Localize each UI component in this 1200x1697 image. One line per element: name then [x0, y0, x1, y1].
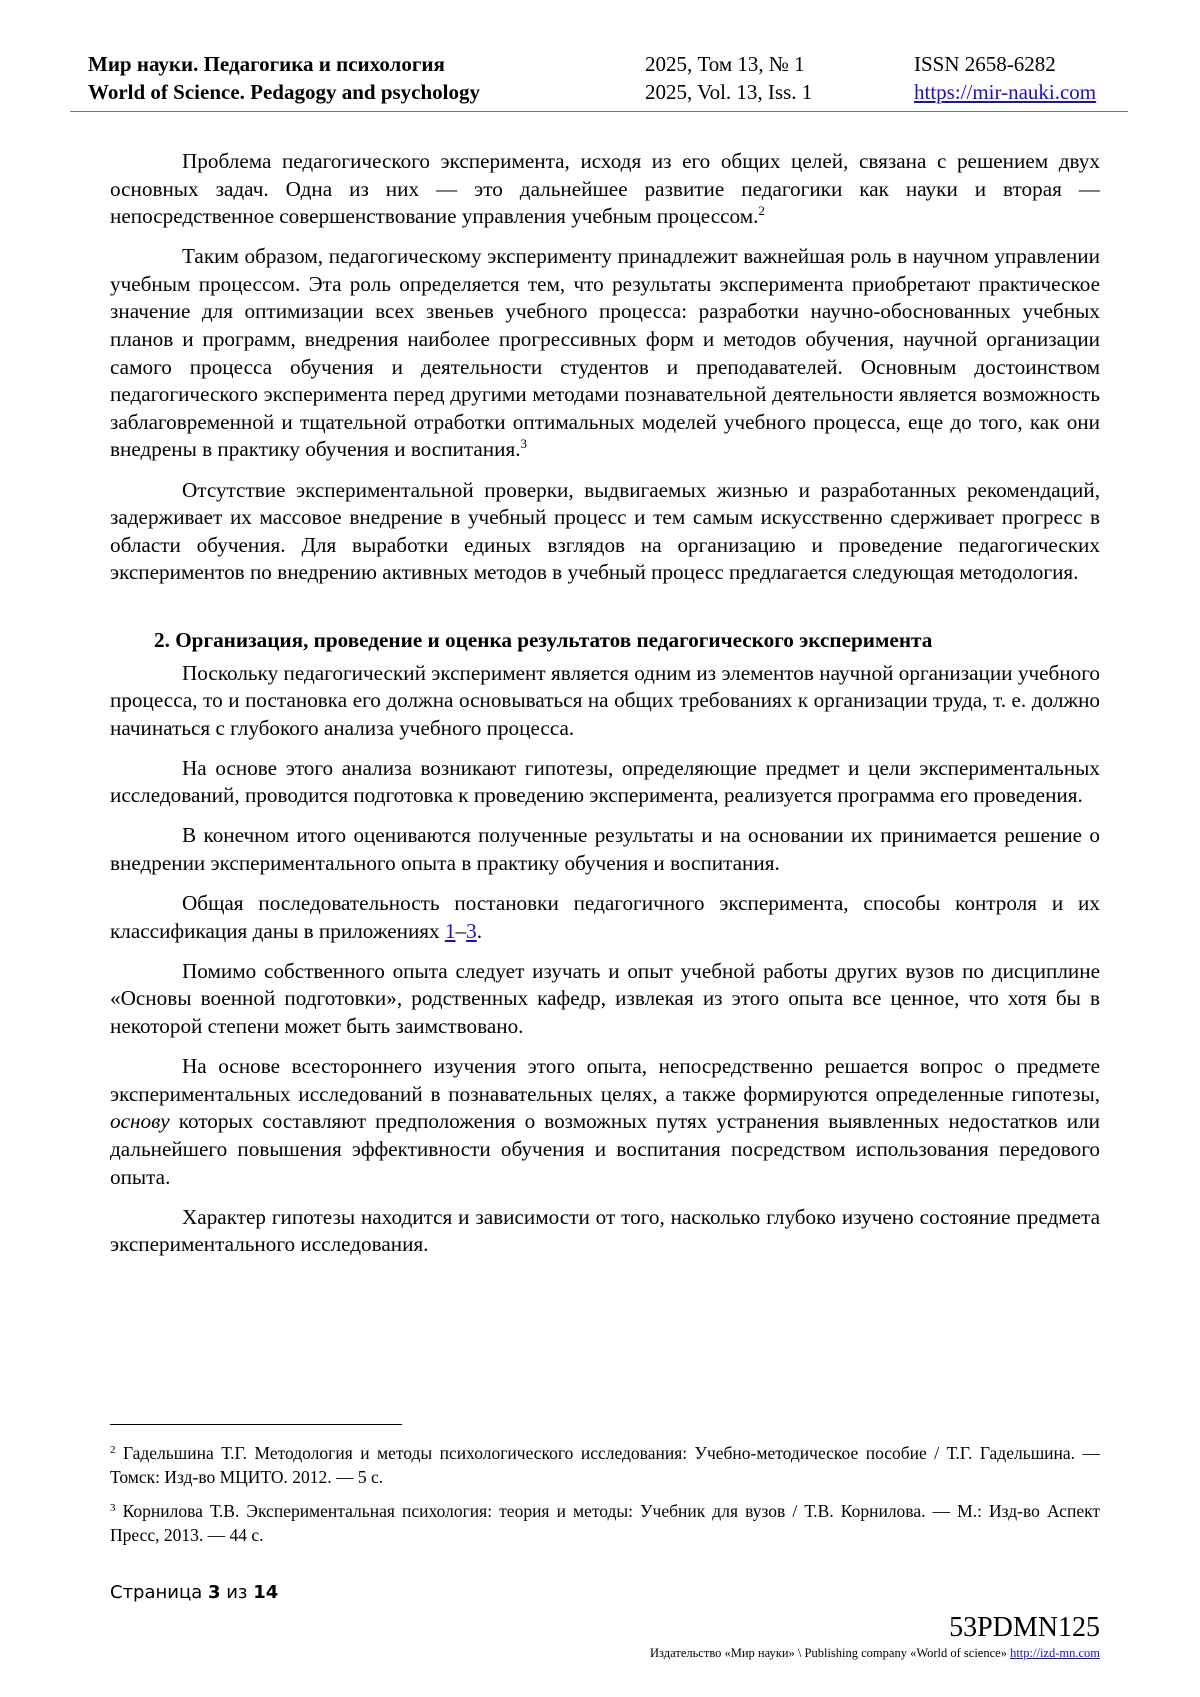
paragraph: На основе этого анализа возникают гипоте… — [110, 755, 1100, 810]
appendix-link-1[interactable]: 1 — [445, 919, 456, 943]
publisher-link[interactable]: http://izd-mn.com — [1010, 1646, 1100, 1660]
footnote-divider — [110, 1424, 402, 1425]
footnote-ref[interactable]: 3 — [521, 436, 528, 451]
paragraph: Характер гипотезы находится и зависимост… — [110, 1204, 1100, 1259]
journal-title: Мир науки. Педагогика и психология World… — [88, 50, 480, 106]
paragraph: Общая последовательность постановки педа… — [110, 890, 1100, 945]
publisher-line: Издательство «Мир науки» \ Publishing co… — [650, 1646, 1100, 1661]
paragraph: В конечном итого оцениваются полученные … — [110, 822, 1100, 877]
journal-ids: ISSN 2658-6282 https://mir-nauki.com — [914, 50, 1096, 106]
issn: ISSN 2658-6282 — [914, 50, 1096, 78]
footnote-2: 2 Гадельшина Т.Г. Методология и методы п… — [110, 1441, 1100, 1489]
paragraph: Таким образом, педагогическому экспериме… — [110, 243, 1100, 464]
footnote-3: 3 Корнилова Т.В. Экспериментальная психо… — [110, 1499, 1100, 1547]
appendix-link-3[interactable]: 3 — [466, 919, 477, 943]
journal-title-en: World of Science. Pedagogy and psycholog… — [88, 78, 480, 106]
journal-url-link[interactable]: https://mir-nauki.com — [914, 80, 1096, 104]
header-divider — [70, 111, 1128, 112]
page-number: Страница 3 из 14 — [110, 1582, 278, 1603]
issue-info-ru: 2025, Том 13, № 1 — [645, 50, 812, 78]
paragraph: Проблема педагогического эксперимента, и… — [110, 148, 1100, 231]
current-page: 3 — [208, 1582, 221, 1603]
footnotes: 2 Гадельшина Т.Г. Методология и методы п… — [110, 1441, 1100, 1557]
emphasis: основу — [110, 1109, 170, 1133]
journal-title-ru: Мир науки. Педагогика и психология — [88, 50, 480, 78]
paragraph: Отсутствие экспериментальной проверки, в… — [110, 477, 1100, 587]
section-heading: 2. Организация, проведение и оценка резу… — [110, 627, 1100, 655]
paragraph: Помимо собственного опыта следует изучат… — [110, 958, 1100, 1041]
paragraph: На основе всестороннего изучения этого о… — [110, 1053, 1100, 1191]
issue-info: 2025, Том 13, № 1 2025, Vol. 13, Iss. 1 — [645, 50, 812, 106]
article-code: 53PDMN125 — [949, 1613, 1100, 1643]
total-pages: 14 — [253, 1582, 278, 1603]
issue-info-en: 2025, Vol. 13, Iss. 1 — [645, 78, 812, 106]
footnote-ref[interactable]: 2 — [758, 203, 765, 218]
page-header: Мир науки. Педагогика и психология World… — [70, 50, 1128, 110]
article-body: Проблема педагогического эксперимента, и… — [110, 148, 1100, 1271]
paragraph: Поскольку педагогический эксперимент явл… — [110, 660, 1100, 743]
